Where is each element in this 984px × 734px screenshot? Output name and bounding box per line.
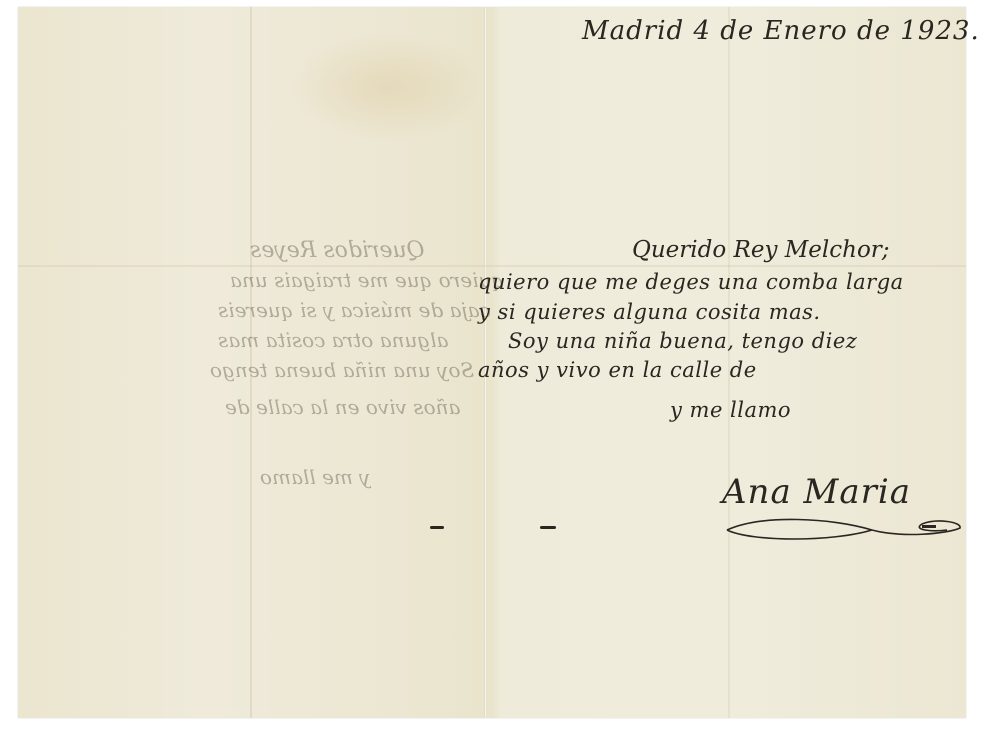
paper-stain: [288, 32, 488, 142]
bleed-through-line: caja de música y si quereis: [218, 298, 491, 322]
letter-body-line: y si quieres alguna cosita mas.: [478, 300, 821, 324]
bleed-through-line: alguna otra cosita mas: [218, 328, 448, 352]
letter-greeting: Querido Rey Melchor;: [632, 237, 890, 263]
bleed-through-line: años vivo en la calle de: [225, 395, 460, 419]
signature-flourish: [722, 512, 967, 542]
bleed-through-line: y me llamo: [260, 465, 371, 489]
bleed-through-line: quiero que me traigais una: [230, 268, 504, 292]
letter-body-line: Soy una niña buena, tengo diez: [508, 329, 857, 353]
ink-mark: [430, 526, 444, 529]
fold-crease-horizontal: [18, 265, 966, 267]
letter-date: Madrid 4 de Enero de 1923.: [582, 16, 980, 46]
letter-body-line: quiero que me deges una comba larga: [478, 270, 904, 294]
letter-body-line: y me llamo: [670, 398, 791, 422]
bleed-through-line: Queridos Reyes: [250, 238, 425, 263]
bleed-through-line: Soy una niña buena tengo: [210, 358, 474, 382]
letter-signature: Ana Maria: [722, 472, 911, 512]
letter-body-line: años y vivo en la calle de: [478, 358, 757, 382]
ink-mark: [540, 526, 556, 529]
